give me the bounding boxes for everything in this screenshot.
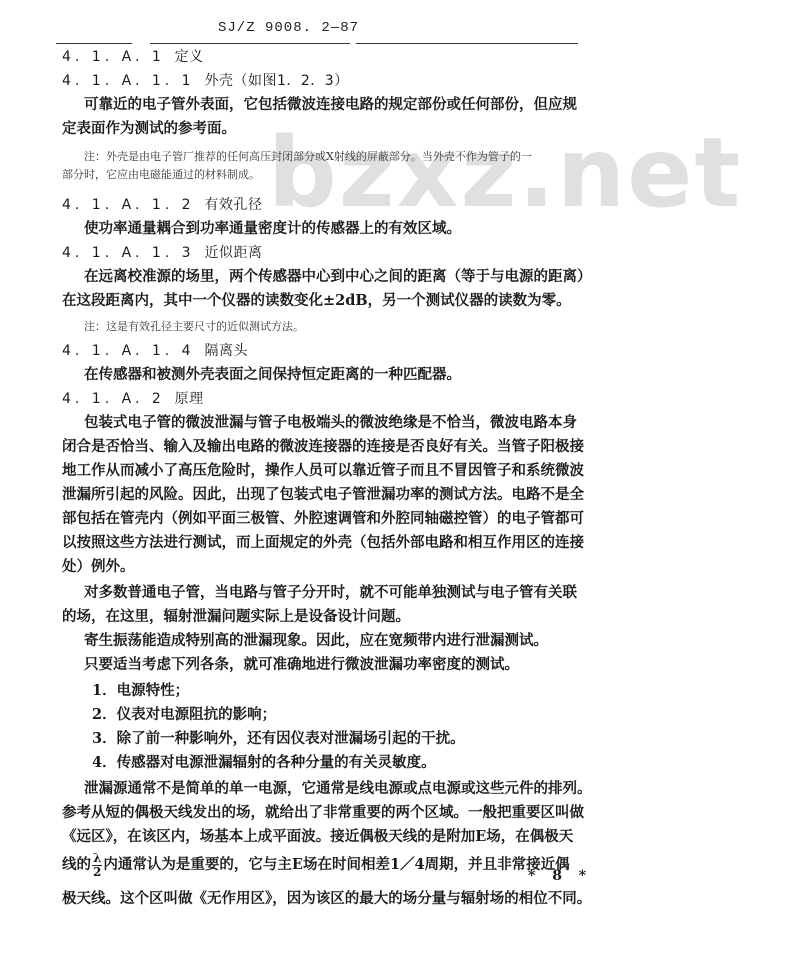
header-rule bbox=[150, 43, 350, 44]
lambda-over-two-fraction: λ2 bbox=[92, 852, 102, 879]
paragraph-line: 泄漏所引起的风险。因此，出现了包装式电子管泄漏功率的测试方法。电路不是全 bbox=[62, 486, 584, 504]
list-item: 1．电源特性； bbox=[92, 682, 189, 700]
section-heading: 4. 1. A. 1. 4 隔离头 bbox=[62, 342, 248, 360]
paragraph-line-with-fraction: 线的λ2内通常认为是重要的，它与主E场在时间相差1／4周期，并且非常接近偶 bbox=[62, 848, 570, 882]
header-rule bbox=[356, 43, 578, 44]
section-heading: 4. 1. A. 1. 2 有效孔径 bbox=[62, 196, 262, 214]
section-heading: 4. 1. A. 1. 3 近似距离 bbox=[62, 244, 262, 262]
list-item: 4．传感器对电源泄漏辐射的各种分量的有关灵敏度。 bbox=[92, 754, 436, 772]
paragraph-line: 在这段距离内，其中一个仪器的读数变化±2dB，另一个测试仪器的读数为零。 bbox=[62, 292, 571, 310]
paragraph-line: 部包括在管壳内（例如平面三极管、外腔速调管和外腔同轴磁控管）的电子管都可 bbox=[62, 510, 584, 528]
paragraph-line: 的场，在这里，辐射泄漏问题实际上是设备设计问题。 bbox=[62, 608, 410, 626]
paragraph-line: 地工作从而减小了高压危险时，操作人员可以靠近管子而且不冒因管子和系统微波 bbox=[62, 462, 584, 480]
paragraph-line: 使功率通量耦合到功率通量密度计的传感器上的有效区域。 bbox=[84, 220, 461, 238]
paragraph-line: 只要适当考虑下列各条，就可准确地进行微波泄漏功率密度的测试。 bbox=[84, 656, 519, 674]
paragraph-line: 以按照这些方法进行测试，而上面规定的外壳（包括外部电路和相互作用区的连接 bbox=[62, 534, 584, 552]
note-line: 部分时，它应由电磁能通过的材料制成。 bbox=[62, 166, 260, 184]
paragraph-line: 包装式电子管的微波泄漏与管子电极端头的微波绝缘是不恰当，微波电路本身 bbox=[84, 414, 577, 432]
paragraph-line: 处）例外。 bbox=[62, 558, 135, 576]
paragraph-line: 寄生振荡能造成特别高的泄漏现象。因此，应在宽频带内进行泄漏测试。 bbox=[84, 632, 548, 650]
section-heading: 4. 1. A. 1. 1 外壳（如图1．2．3） bbox=[62, 72, 349, 90]
document-code: SJ/Z 9008. 2—87 bbox=[218, 20, 359, 36]
list-item: 2．仪表对电源阻抗的影响； bbox=[92, 706, 276, 724]
watermark: bzxz.net bbox=[268, 125, 742, 221]
paragraph-line: 定表面作为测试的参考面。 bbox=[62, 120, 236, 138]
paragraph-line: 闭合是否恰当、输入及输出电路的微波连接器的连接是否良好有关。当管子阳极接 bbox=[62, 438, 584, 456]
paragraph-line: 《远区》，在该区内，场基本上成平面波。接近偶极天线的是附加E场，在偶极天 bbox=[62, 828, 573, 846]
note-line: 注：这是有效孔径主要尺寸的近似测试方法。 bbox=[84, 318, 304, 336]
note-line: 注：外壳是由电子管厂推荐的任何高压封闭部分或X射线的屏蔽部分。当外壳不作为管子的… bbox=[84, 148, 532, 166]
paragraph-line: 可靠近的电子管外表面，它包括微波连接电路的规定部份或任何部份，但应规 bbox=[84, 96, 577, 114]
list-item: 3．除了前一种影响外，还有因仪表对泄漏场引起的干扰。 bbox=[92, 730, 465, 748]
paragraph-line: 参考从短的偶极天线发出的场，就给出了非常重要的两个区域。一般把重要区叫做 bbox=[62, 804, 584, 822]
paragraph-line: 对多数普通电子管，当电路与管子分开时，就不可能单独测试与电子管有关联 bbox=[84, 584, 577, 602]
paragraph-line: 在传感器和被测外壳表面之间保持恒定距离的一种匹配器。 bbox=[84, 366, 461, 384]
paragraph-line: 在远离校准源的场里，两个传感器中心到中心之间的距离（等于与电源的距离） bbox=[84, 268, 592, 286]
header-rule bbox=[56, 43, 132, 44]
section-heading: 4. 1. A. 2 原理 bbox=[62, 390, 204, 408]
section-heading: 4. 1. A. 1 定义 bbox=[62, 48, 204, 66]
paragraph-line: 极天线。这个区叫做《无作用区》，因为该区的最大的场分量与辐射场的相位不同。 bbox=[62, 890, 591, 908]
paragraph-line: 泄漏源通常不是简单的单一电源，它通常是线电源或点电源或这些元件的排列。 bbox=[84, 780, 592, 798]
